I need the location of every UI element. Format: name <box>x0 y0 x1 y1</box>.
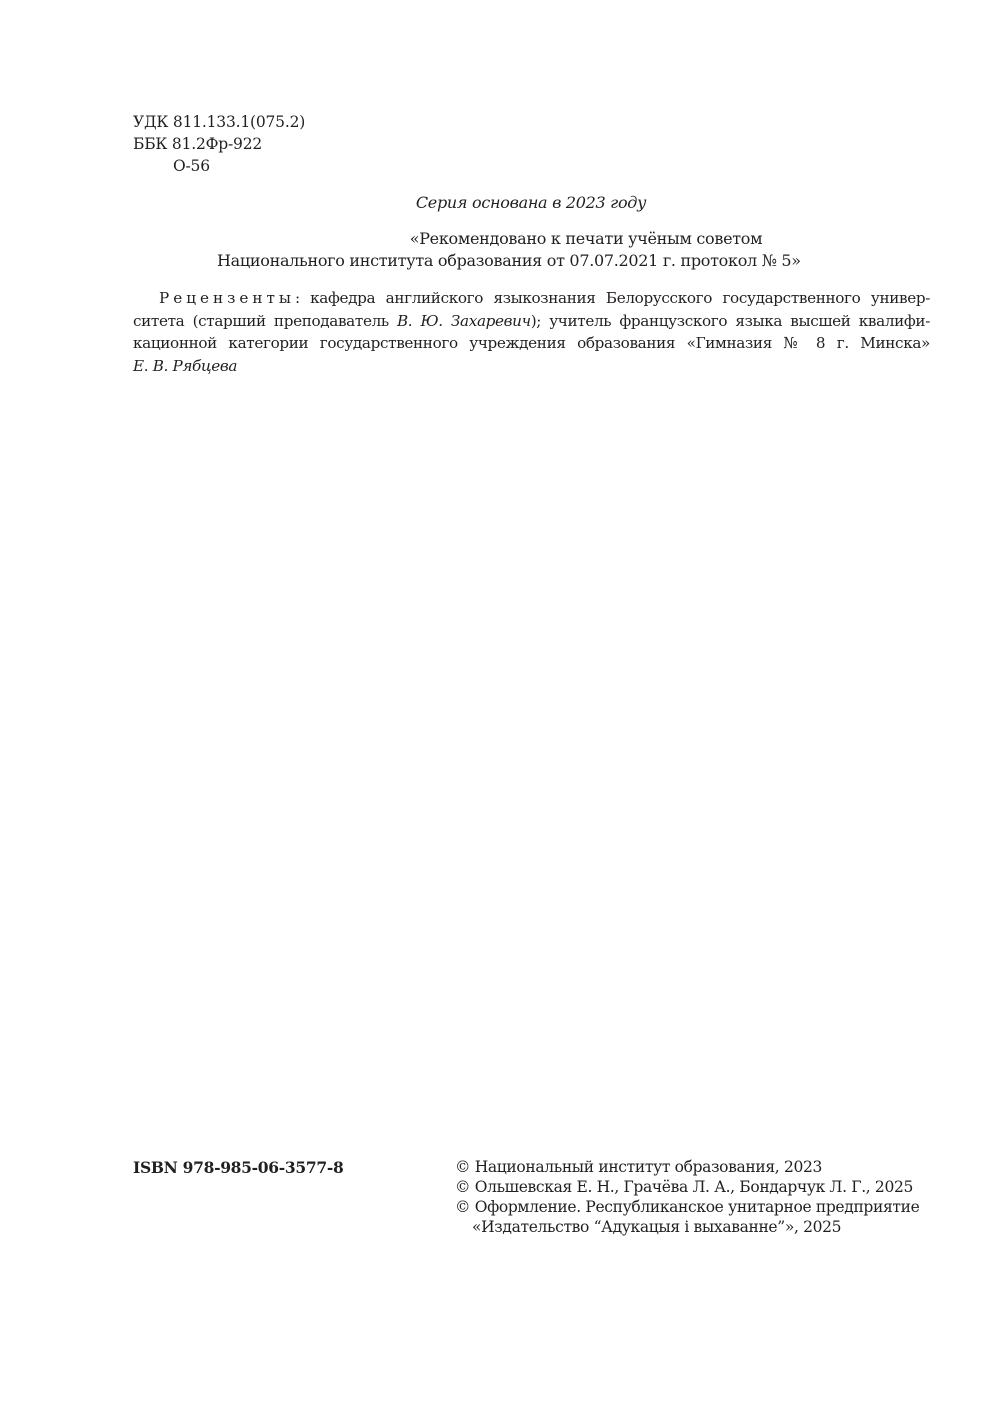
reviewers-line-2-text-a: ситета (старший преподаватель <box>133 312 397 330</box>
udk-code: УДК 811.133.1(075.2) <box>133 111 305 133</box>
copyright-block: © Национальный институт образования, 202… <box>455 1157 919 1237</box>
reviewers-line-2: ситета (старший преподаватель В. Ю. Заха… <box>133 310 930 333</box>
reviewer-name-ryabtseva: Е. В. Рябцева <box>133 355 930 378</box>
reviewers-block: Рецензенты: кафедра английского языкозна… <box>133 287 930 377</box>
imprint-page: УДК 811.133.1(075.2) ББК 81.2Фр-922 О-56… <box>0 0 1000 1405</box>
copyright-line: «Издательство “Адукацыя і выхаванне”», 2… <box>455 1217 919 1237</box>
reviewers-line-1-text: : кафедра английского языкознания Белору… <box>295 289 930 307</box>
copyright-line: © Оформление. Республиканское унитарное … <box>455 1197 919 1217</box>
classification-block: УДК 811.133.1(075.2) ББК 81.2Фр-922 О-56 <box>133 111 305 177</box>
copyright-line: © Ольшевская Е. Н., Грачёва Л. А., Бонда… <box>455 1177 919 1197</box>
recommendation-line-1: «Рекомендовано к печати учёным советом <box>133 228 933 250</box>
recommendation-block: «Рекомендовано к печати учёным советом Н… <box>133 228 933 272</box>
author-mark: О-56 <box>133 155 305 177</box>
recommendation-line-2: Национального института образования от 0… <box>133 250 933 272</box>
isbn: ISBN 978-985-06-3577-8 <box>133 1157 343 1179</box>
series-note: Серия основана в 2023 году <box>0 192 1000 214</box>
reviewer-name-zakharevich: В. Ю. Захаревич <box>397 312 531 330</box>
reviewers-line-3: кационной категории государственного учр… <box>133 332 930 355</box>
reviewers-line-2-text-b: ); учитель французского языка высшей ква… <box>531 312 930 330</box>
copyright-line: © Национальный институт образования, 202… <box>455 1157 919 1177</box>
bbk-code: ББК 81.2Фр-922 <box>133 133 305 155</box>
reviewers-line-1: Рецензенты: кафедра английского языкозна… <box>133 287 930 310</box>
reviewers-label: Рецензенты <box>159 289 295 307</box>
